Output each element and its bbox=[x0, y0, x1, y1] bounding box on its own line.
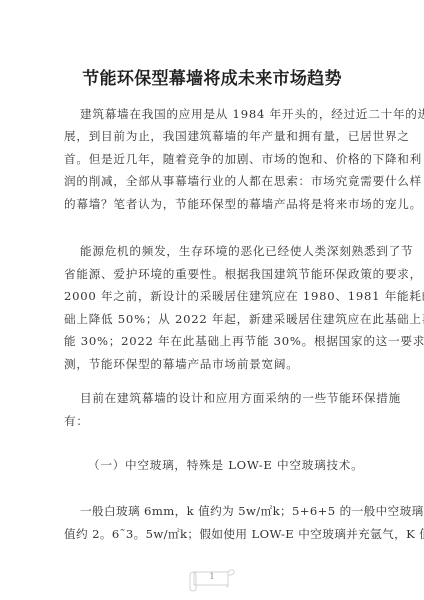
paragraph-2-line-6: 测，节能环保型的幕墙产品市场前景宽阔。 bbox=[64, 356, 364, 372]
document-title: 节能环保型幕墙将成未来市场趋势 bbox=[0, 64, 424, 89]
paragraph-2-line-4: 础上降低 50%；从 2022 年起，新建采暖居住建筑应在此基础上再节 bbox=[64, 311, 364, 327]
page-footer: 1 bbox=[186, 566, 238, 592]
paragraph-4-line-1: 一般白玻璃 6mm，k 值约为 5w/㎡k；5+6+5 的一般中空玻璃，K bbox=[80, 503, 380, 519]
paragraph-3-line-2: 有： bbox=[64, 413, 364, 429]
paragraph-1-line-3: 首。但是近几年，随着竞争的加剧、市场的饱和、价格的下降和利 bbox=[64, 151, 364, 167]
paragraph-1-line-1: 建筑幕墙在我国的应用是从 1984 年开头的，经过近二十年的进 bbox=[80, 106, 380, 122]
paragraph-1-line-4: 润的削减，全部从事幕墙行业的人都在思索：市场究竟需要什么样 bbox=[64, 173, 364, 189]
paragraph-4-line-2: 值约 2。6˜3。5w/㎡k；假如使用 LOW-E 中空玻璃并充氩气，K 值可 bbox=[64, 526, 364, 542]
paragraph-1-line-5: 的幕墙？笔者认为，节能环保型的幕墙产品将是将来市场的宠儿。 bbox=[64, 196, 364, 212]
paragraph-2-line-3: 2000 年之前，新设计的采暖居住建筑应在 1980、1981 年能耗的基 bbox=[64, 288, 364, 304]
paragraph-2-line-5: 能 30%；2022 年在此基础上再节能 30%。根据国家的这一要求猜 bbox=[64, 333, 364, 349]
paragraph-2-line-1: 能源危机的频发，生存环境的恶化已经使人类深刻熟悉到了节 bbox=[80, 243, 380, 259]
page-number: 1 bbox=[186, 572, 238, 581]
paragraph-3-line-1: 目前在建筑幕墙的设计和应用方面采纳的一些节能环保措施 bbox=[80, 390, 380, 406]
paragraph-1-line-2: 展，到目前为止，我国建筑幕墙的年产量和拥有量，已居世界之 bbox=[64, 128, 364, 144]
paragraph-2-line-2: 省能源、爱护环境的重要性。根据我国建筑节能环保政策的要求， bbox=[64, 266, 364, 282]
section-heading-1: （一）中空玻璃，特殊是 LOW-E 中空玻璃技术。 bbox=[88, 457, 388, 473]
document-page: 节能环保型幕墙将成未来市场趋势 建筑幕墙在我国的应用是从 1984 年开头的，经… bbox=[0, 0, 424, 600]
